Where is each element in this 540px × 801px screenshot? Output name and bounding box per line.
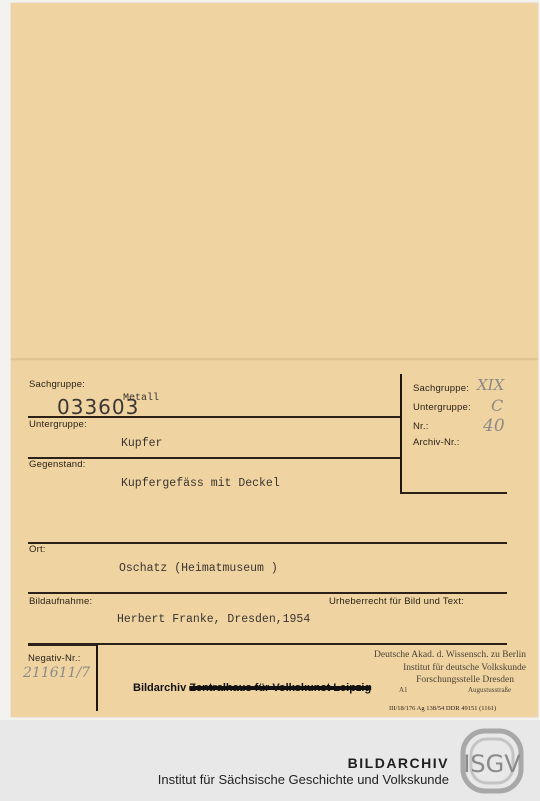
stamp-line: Deutsche Akad. d. Wissensch. zu Berlin <box>374 649 526 662</box>
stamp-line: Institut für deutsche Volkskunde <box>374 662 526 675</box>
stamp-street: Augustusstraße <box>468 686 511 694</box>
right-untergruppe-label: Untergruppe: <box>413 402 471 413</box>
archiv-nr-label: Archiv-Nr.: <box>413 437 460 448</box>
sachgruppe-value: Metall <box>123 393 159 404</box>
right-box-border <box>400 374 402 494</box>
divider-line <box>28 643 507 645</box>
logo-text: ISGV <box>463 750 521 778</box>
negativ-box-border <box>96 644 98 711</box>
divider-line-thick <box>28 643 98 646</box>
isgv-logo-icon: ISGV <box>457 727 527 795</box>
bildaufnahme-label: Bildaufnahme: <box>29 596 92 607</box>
nr-label: Nr.: <box>413 421 429 432</box>
urheberrecht-label: Urheberrecht für Bild und Text: <box>329 596 464 607</box>
bildarchiv-struck-text: Zentralhaus für Volkskunst Leipzig <box>189 682 371 694</box>
ort-value: Oschatz (Heimatmuseum ) <box>119 562 278 575</box>
divider-line <box>28 416 401 418</box>
divider-line <box>28 542 507 544</box>
gegenstand-label: Gegenstand: <box>29 459 86 470</box>
stamp-line: Forschungsstelle Dresden <box>374 674 514 687</box>
card-fold-line <box>11 358 538 361</box>
footer-title: BILDARCHIV <box>348 755 449 771</box>
ort-label: Ort: <box>29 544 46 555</box>
sachgruppe-label: Sachgruppe: <box>29 379 85 390</box>
right-untergruppe-value: C <box>491 396 503 415</box>
print-code: III/18/176 Ag 138/54 DDR 49151 (1161) <box>389 705 496 712</box>
right-box-border <box>400 492 507 494</box>
archive-card: Sachgruppe: 033603 Metall Untergruppe: K… <box>11 3 538 717</box>
gegenstand-value: Kupfergefäss mit Deckel <box>121 477 280 490</box>
right-sachgruppe-label: Sachgruppe: <box>413 383 469 394</box>
nr-value: 40 <box>483 416 505 436</box>
negativ-value: 211611/7 <box>23 665 90 681</box>
footer-subtitle: Institut für Sächsische Geschichte und V… <box>158 772 449 787</box>
divider-line <box>28 592 507 594</box>
untergruppe-value: Kupfer <box>121 437 162 450</box>
negativ-label: Negativ-Nr.: <box>28 653 81 664</box>
right-sachgruppe-value: XIX <box>477 376 504 394</box>
bildaufnahme-value: Herbert Franke, Dresden,1954 <box>117 613 310 626</box>
untergruppe-label: Untergruppe: <box>29 419 87 430</box>
bildarchiv-prefix: Bildarchiv <box>133 682 186 694</box>
institute-stamp: Deutsche Akad. d. Wissensch. zu Berlin I… <box>374 649 526 687</box>
bildarchiv-line: Bildarchiv Zentralhaus für Volkskunst Le… <box>133 682 371 694</box>
stamp-left-code: A1 <box>399 686 408 694</box>
